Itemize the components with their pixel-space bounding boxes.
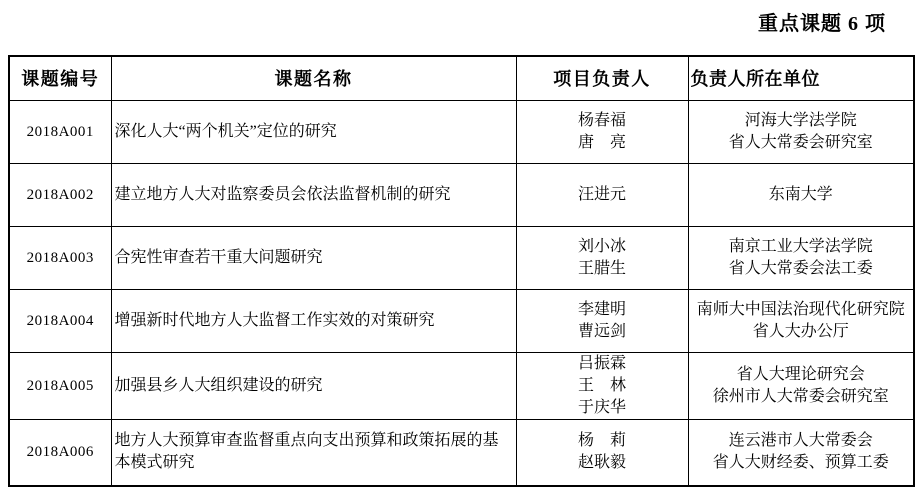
header-topic-id: 课题编号 [9, 56, 111, 100]
cell-topic-id: 2018A006 [9, 419, 111, 486]
header-unit: 负责人所在单位 [688, 56, 914, 100]
cell-leader: 李建明 曹远剑 [516, 289, 688, 352]
header-topic-name: 课题名称 [111, 56, 516, 100]
cell-leader: 吕振霖 王 林 于庆华 [516, 352, 688, 419]
page-title: 重点课题 6 项 [758, 7, 886, 36]
table-row: 2018A001 深化人大“两个机关”定位的研究 杨春福 唐 亮 河海大学法学院… [9, 100, 914, 163]
table-row: 2018A006 地方人大预算审查监督重点向支出预算和政策拓展的基本模式研究 杨… [9, 419, 914, 486]
cell-topic-name: 加强县乡人大组织建设的研究 [111, 352, 516, 419]
cell-topic-name: 深化人大“两个机关”定位的研究 [111, 100, 516, 163]
cell-topic-id: 2018A004 [9, 289, 111, 352]
header-leader: 项目负责人 [516, 56, 688, 100]
cell-topic-name: 增强新时代地方人大监督工作实效的对策研究 [111, 289, 516, 352]
cell-topic-id: 2018A003 [9, 226, 111, 289]
cell-unit: 东南大学 [688, 163, 914, 226]
cell-leader: 杨 莉 赵耿毅 [516, 419, 688, 486]
table-row: 2018A004 增强新时代地方人大监督工作实效的对策研究 李建明 曹远剑 南师… [9, 289, 914, 352]
cell-topic-id: 2018A001 [9, 100, 111, 163]
cell-unit: 连云港市人大常委会 省人大财经委、预算工委 [688, 419, 914, 486]
cell-unit: 省人大理论研究会 徐州市人大常委会研究室 [688, 352, 914, 419]
table-row: 2018A003 合宪性审查若干重大问题研究 刘小冰 王腊生 南京工业大学法学院… [9, 226, 914, 289]
cell-topic-name: 建立地方人大对监察委员会依法监督机制的研究 [111, 163, 516, 226]
cell-topic-name: 合宪性审查若干重大问题研究 [111, 226, 516, 289]
cell-unit: 南京工业大学法学院 省人大常委会法工委 [688, 226, 914, 289]
key-topics-table: 课题编号 课题名称 项目负责人 负责人所在单位 2018A001 深化人大“两个… [8, 55, 915, 487]
table-row: 2018A005 加强县乡人大组织建设的研究 吕振霖 王 林 于庆华 省人大理论… [9, 352, 914, 419]
cell-topic-id: 2018A005 [9, 352, 111, 419]
table-row: 2018A002 建立地方人大对监察委员会依法监督机制的研究 汪进元 东南大学 [9, 163, 914, 226]
cell-topic-name: 地方人大预算审查监督重点向支出预算和政策拓展的基本模式研究 [111, 419, 516, 486]
cell-topic-id: 2018A002 [9, 163, 111, 226]
cell-unit: 南师大中国法治现代化研究院 省人大办公厅 [688, 289, 914, 352]
cell-leader: 刘小冰 王腊生 [516, 226, 688, 289]
table-header-row: 课题编号 课题名称 项目负责人 负责人所在单位 [9, 56, 914, 100]
cell-unit: 河海大学法学院 省人大常委会研究室 [688, 100, 914, 163]
cell-leader: 汪进元 [516, 163, 688, 226]
cell-leader: 杨春福 唐 亮 [516, 100, 688, 163]
